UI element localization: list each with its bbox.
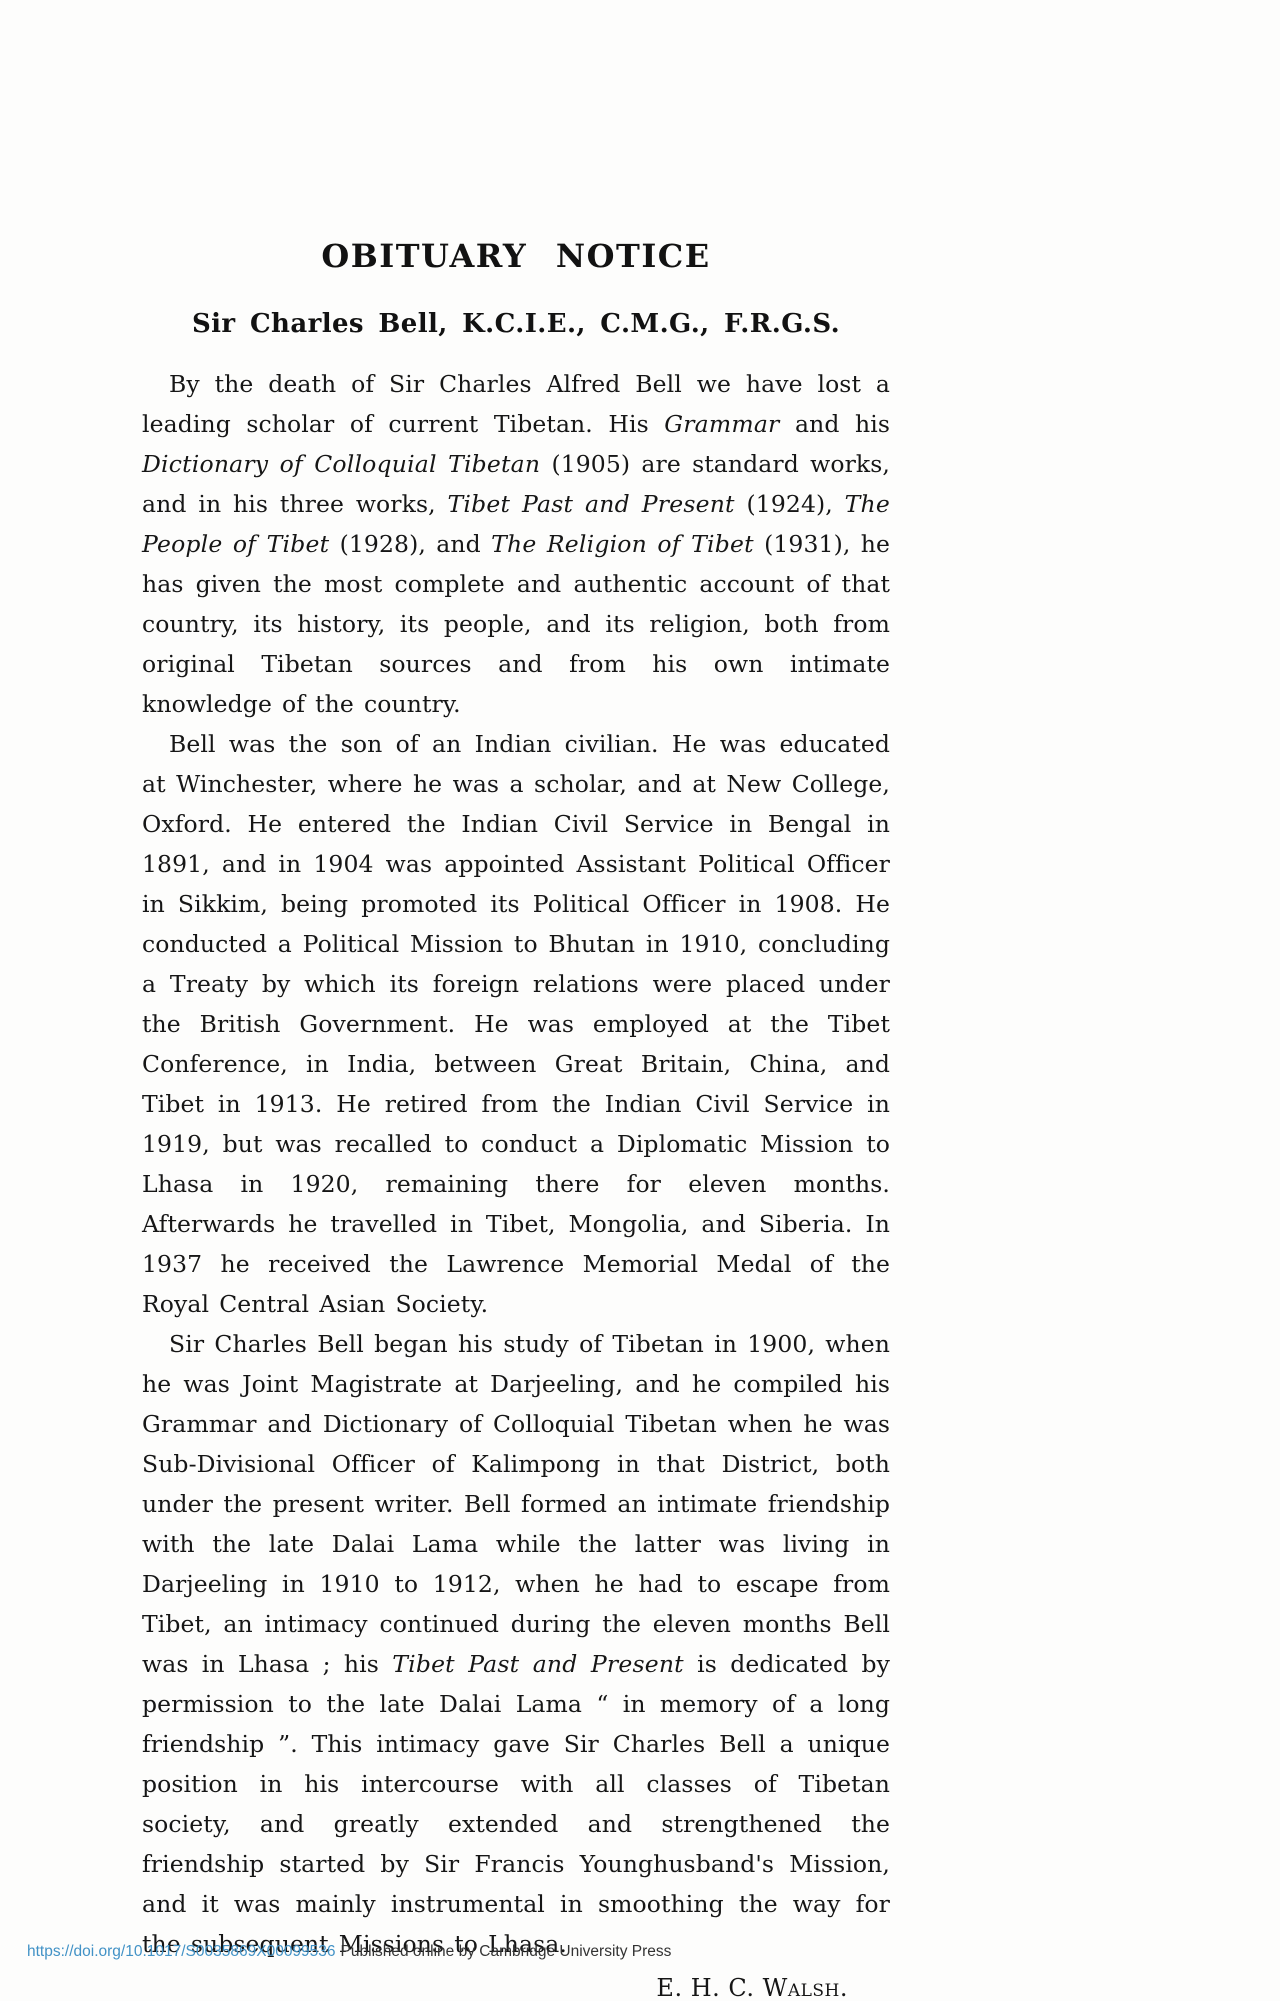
article-body: By the death of Sir Charles Alfred Bell … [142,364,890,1964]
paragraph-text: Bell was the son of an Indian civilian. … [142,730,890,1318]
footer: https://doi.org/10.1017/S0035869X0009953… [27,1942,671,1962]
author-signature: E. H. C. Walsh. [142,1968,890,2001]
paragraph-text: (1924), [735,490,845,518]
doi-link[interactable]: https://doi.org/10.1017/S0035869X0009953… [27,1943,336,1960]
article-subtitle: Sir Charles Bell, K.C.I.E., C.M.G., F.R.… [142,308,890,340]
paragraph-text: Sir Charles Bell began his study of Tibe… [142,1330,890,1678]
paragraph: Sir Charles Bell began his study of Tibe… [142,1324,890,1964]
paragraph-text: (1928), and [329,530,491,558]
paragraph: By the death of Sir Charles Alfred Bell … [142,364,890,724]
book-title-italic: Tibet Past and Present [448,490,735,518]
book-title-italic: The Religion of Tibet [491,530,754,558]
scanned-page: OBITUARY NOTICE Sir Charles Bell, K.C.I.… [0,0,1280,2001]
paragraph: Bell was the son of an Indian civilian. … [142,724,890,1324]
book-title-italic: Dictionary of Colloquial Tibetan [142,450,540,478]
book-title-italic: Grammar [664,410,779,438]
paragraph-text: and his [779,410,890,438]
article: OBITUARY NOTICE Sir Charles Bell, K.C.I.… [142,238,890,2001]
publisher-note: Published online by Cambridge University… [341,1943,672,1960]
page-title: OBITUARY NOTICE [142,238,890,274]
paragraph-text: is dedicated by permission to the late D… [142,1650,890,1958]
paragraph-text: (1931), he has given the most complete a… [142,530,890,718]
book-title-italic: Tibet Past and Present [392,1650,684,1678]
